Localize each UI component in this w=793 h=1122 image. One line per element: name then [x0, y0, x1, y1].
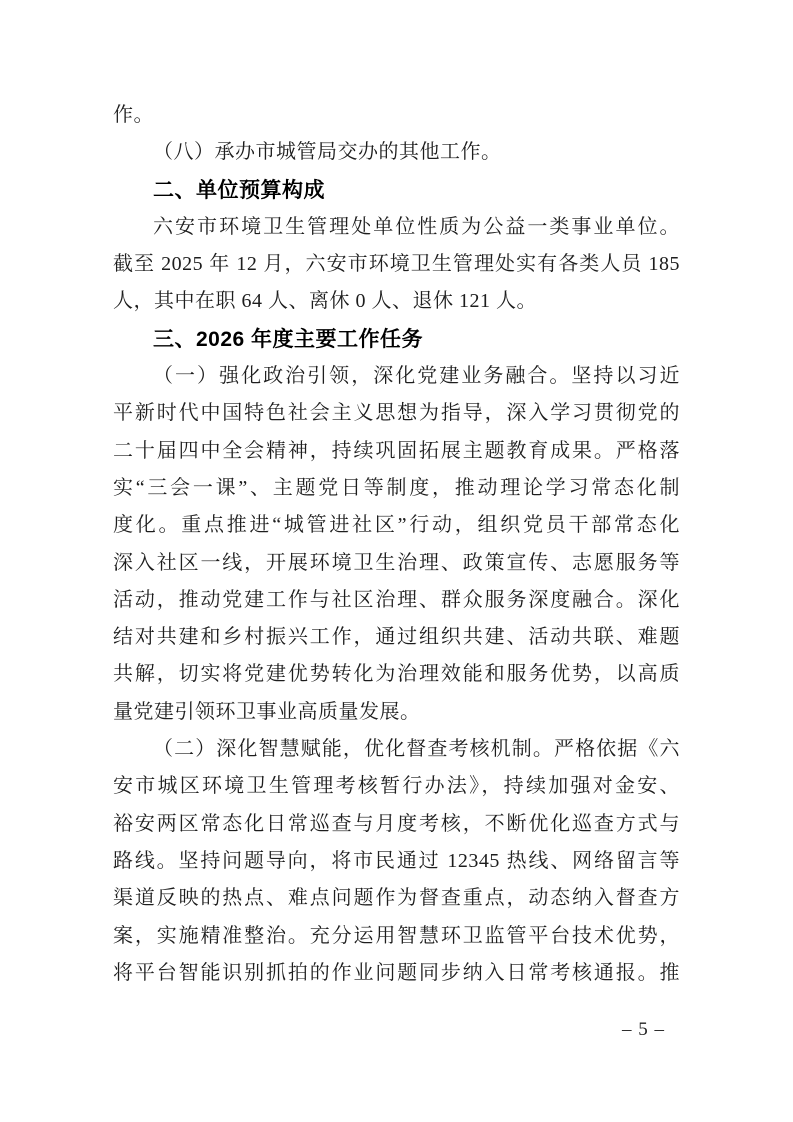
document-line: （一）强化政治引领，深化党建业务融合。坚持以习近 — [113, 358, 680, 395]
document-line: 度化。重点推进“城管进社区”行动，组织党员干部常态化 — [113, 507, 680, 544]
document-line: 结对共建和乡村振兴工作，通过组织共建、活动共联、难题 — [113, 619, 680, 656]
section-heading: 二、单位预算构成 — [113, 172, 680, 209]
section-heading: 三、2026 年度主要工作任务 — [113, 321, 680, 358]
document-line: 裕安两区常态化日常巡查与月度考核，不断优化巡查方式与 — [113, 806, 680, 843]
document-line: 六安市环境卫生管理处单位性质为公益一类事业单位。 — [113, 209, 680, 246]
document-line: 量党建引领环卫事业高质量发展。 — [113, 694, 680, 731]
document-line: 路线。坚持问题导向，将市民通过 12345 热线、网络留言等 — [113, 843, 680, 880]
document-line: 将平台智能识别抓拍的作业问题同步纳入日常考核通报。推 — [113, 955, 680, 992]
document-line: （八）承办市城管局交办的其他工作。 — [113, 134, 680, 171]
document-line: 渠道反映的热点、难点问题作为督查重点，动态纳入督查方 — [113, 880, 680, 917]
document-page: 作。（八）承办市城管局交办的其他工作。二、单位预算构成六安市环境卫生管理处单位性… — [0, 0, 793, 1122]
document-line: 人，其中在职 64 人、离休 0 人、退休 121 人。 — [113, 283, 680, 320]
document-line: 实“三会一课”、主题党日等制度，推动理论学习常态化制 — [113, 470, 680, 507]
document-line: 案，实施精准整治。充分运用智慧环卫监管平台技术优势， — [113, 918, 680, 955]
document-line: 深入社区一线，开展环境卫生治理、政策宣传、志愿服务等 — [113, 545, 680, 582]
document-line: 作。 — [113, 97, 680, 134]
document-line: 截至 2025 年 12 月，六安市环境卫生管理处实有各类人员 185 — [113, 246, 680, 283]
document-line: 活动，推动党建工作与社区治理、群众服务深度融合。深化 — [113, 582, 680, 619]
page-number: – 5 – — [622, 1019, 665, 1041]
document-line: 平新时代中国特色社会主义思想为指导，深入学习贯彻党的 — [113, 395, 680, 432]
document-line: （二）深化智慧赋能，优化督查考核机制。严格依据《六 — [113, 731, 680, 768]
document-line: 安市城区环境卫生管理考核暂行办法》，持续加强对金安、 — [113, 768, 680, 805]
document-line: 二十届四中全会精神，持续巩固拓展主题教育成果。严格落 — [113, 433, 680, 470]
document-line: 共解，切实将党建优势转化为治理效能和服务优势，以高质 — [113, 656, 680, 693]
document-body: 作。（八）承办市城管局交办的其他工作。二、单位预算构成六安市环境卫生管理处单位性… — [113, 97, 680, 992]
